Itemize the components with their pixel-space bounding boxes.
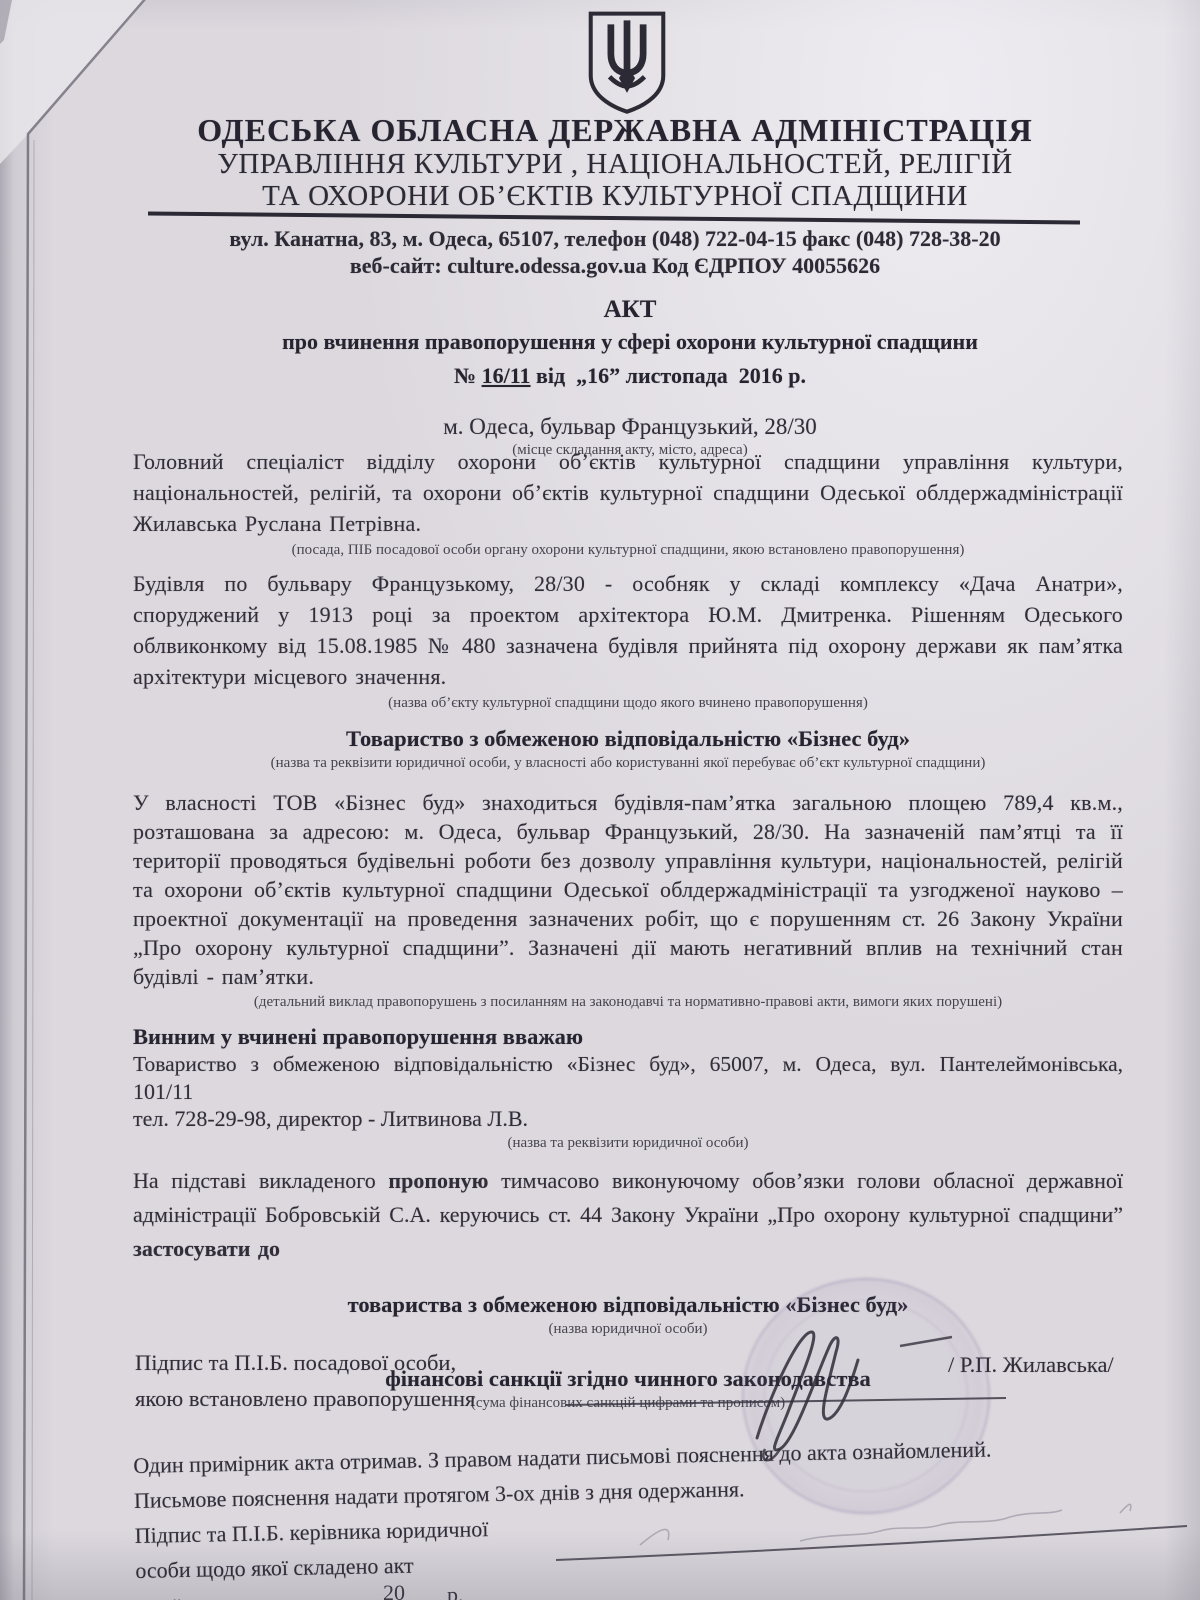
doc-number-date: від „16” листопада 2016 р. xyxy=(531,363,806,388)
letterhead: ОДЕСЬКА ОБЛАСНА ДЕРЖАВНА АДМІНІСТРАЦІЯ У… xyxy=(30,112,1200,212)
proposal-seg1: На підставі викладеного xyxy=(133,1168,388,1193)
corner-shadow-mark xyxy=(0,0,12,44)
violation-caption: (детальний виклад правопорушень з посила… xyxy=(133,994,1123,1011)
object-caption: (назва об’єкту культурної спадщини щодо … xyxy=(133,695,1123,712)
proposal-propose-bold: пропоную xyxy=(388,1168,488,1193)
proposal-paragraph: На підставі викладеного пропоную тимчасо… xyxy=(133,1164,1123,1266)
guilty-phone-line: тел. 728-29-98, директор - Литвинова Л.В… xyxy=(133,1105,1123,1132)
trident-left-prong xyxy=(611,24,624,72)
document-title-block: АКТ про вчинення правопорушення у сфері … xyxy=(55,296,1200,459)
org-name-line3: ТА ОХОРОНИ ОБ’ЄКТІВ КУЛЬТУРНОЇ СПАДЩИНИ xyxy=(30,180,1200,212)
doc-number-prefix: № xyxy=(454,363,482,388)
owner-name-heading: Товариство з обмеженою відповідальністю … xyxy=(133,726,1123,752)
footer-date-quote: „ xyxy=(172,1582,182,1600)
ukraine-tryzub-icon xyxy=(584,8,670,116)
contact-website: веб-сайт: culture.odessa.gov.ua Код ЄДРП… xyxy=(45,252,1185,279)
footer-date-r: р. xyxy=(447,1582,464,1600)
official-paragraph: Головний спеціаліст відділу охорони об’є… xyxy=(133,446,1123,539)
object-paragraph: Будівля по бульвару Французькому, 28/30 … xyxy=(133,568,1123,692)
official-caption: (посада, ПІБ посадової особи органу охор… xyxy=(133,542,1123,559)
proposal-apply-bold: застосувати до xyxy=(133,1236,280,1261)
doc-type-title: АКТ xyxy=(55,296,1200,324)
doc-number: 16/11 xyxy=(482,363,531,388)
official-sign-name: / Р.П. Жилавська/ xyxy=(948,1352,1114,1378)
doc-place: м. Одеса, бульвар Французький, 28/30 xyxy=(55,414,1200,440)
doc-number-line: № 16/11 від „16” листопада 2016 р. xyxy=(55,363,1200,389)
org-name-line2: УПРАВЛІННЯ КУЛЬТУРИ , НАЦІОНАЛЬНОСТЕЙ, Р… xyxy=(30,148,1200,180)
org-name-line1: ОДЕСЬКА ОБЛАСНА ДЕРЖАВНА АДМІНІСТРАЦІЯ xyxy=(30,112,1200,148)
owner-caption: (назва та реквізити юридичної особи, у в… xyxy=(133,755,1123,772)
footer-date-year: 20 xyxy=(383,1580,405,1600)
acknowledgement-block: Один примірник акта отримав. З правом на… xyxy=(133,1429,1146,1588)
guilty-address-line: 101/11 xyxy=(133,1078,1123,1105)
violation-paragraph: У власності ТОВ «Бізнес буд» знаходиться… xyxy=(133,788,1123,991)
letterhead-contact: вул. Канатна, 83, м. Одеса, 65107, телеф… xyxy=(45,225,1185,279)
guilty-caption: (назва та реквізити юридичної особи) xyxy=(133,1135,1123,1152)
contact-address: вул. Канатна, 83, м. Одеса, 65107, телеф… xyxy=(45,225,1185,252)
official-sign-label-2: якою встановлено правопорушення xyxy=(135,1386,475,1412)
trident-right-prong xyxy=(630,24,643,72)
guilty-company-line: Товариство з обмеженою відповідальністю … xyxy=(133,1051,1123,1078)
letterhead-rule xyxy=(148,212,1080,225)
official-sign-label-1: Підпис та П.І.Б. посадової особи, xyxy=(135,1350,456,1376)
scanned-document-page: ОДЕСЬКА ОБЛАСНА ДЕРЖАВНА АДМІНІСТРАЦІЯ У… xyxy=(0,0,1200,1600)
sanction-company-heading: товариства з обмеженою відповідальністю … xyxy=(133,1292,1123,1318)
sanction-company-caption: (назва юридичної особи) xyxy=(133,1321,1123,1338)
guilty-heading: Винним у вчинені правопорушення вважаю xyxy=(133,1023,1123,1051)
document-body: Головний спеціаліст відділу охорони об’є… xyxy=(133,446,1123,1421)
paper-edge-line-2 xyxy=(32,140,34,1600)
doc-subtitle: про вчинення правопорушення у сфері охор… xyxy=(55,329,1200,355)
